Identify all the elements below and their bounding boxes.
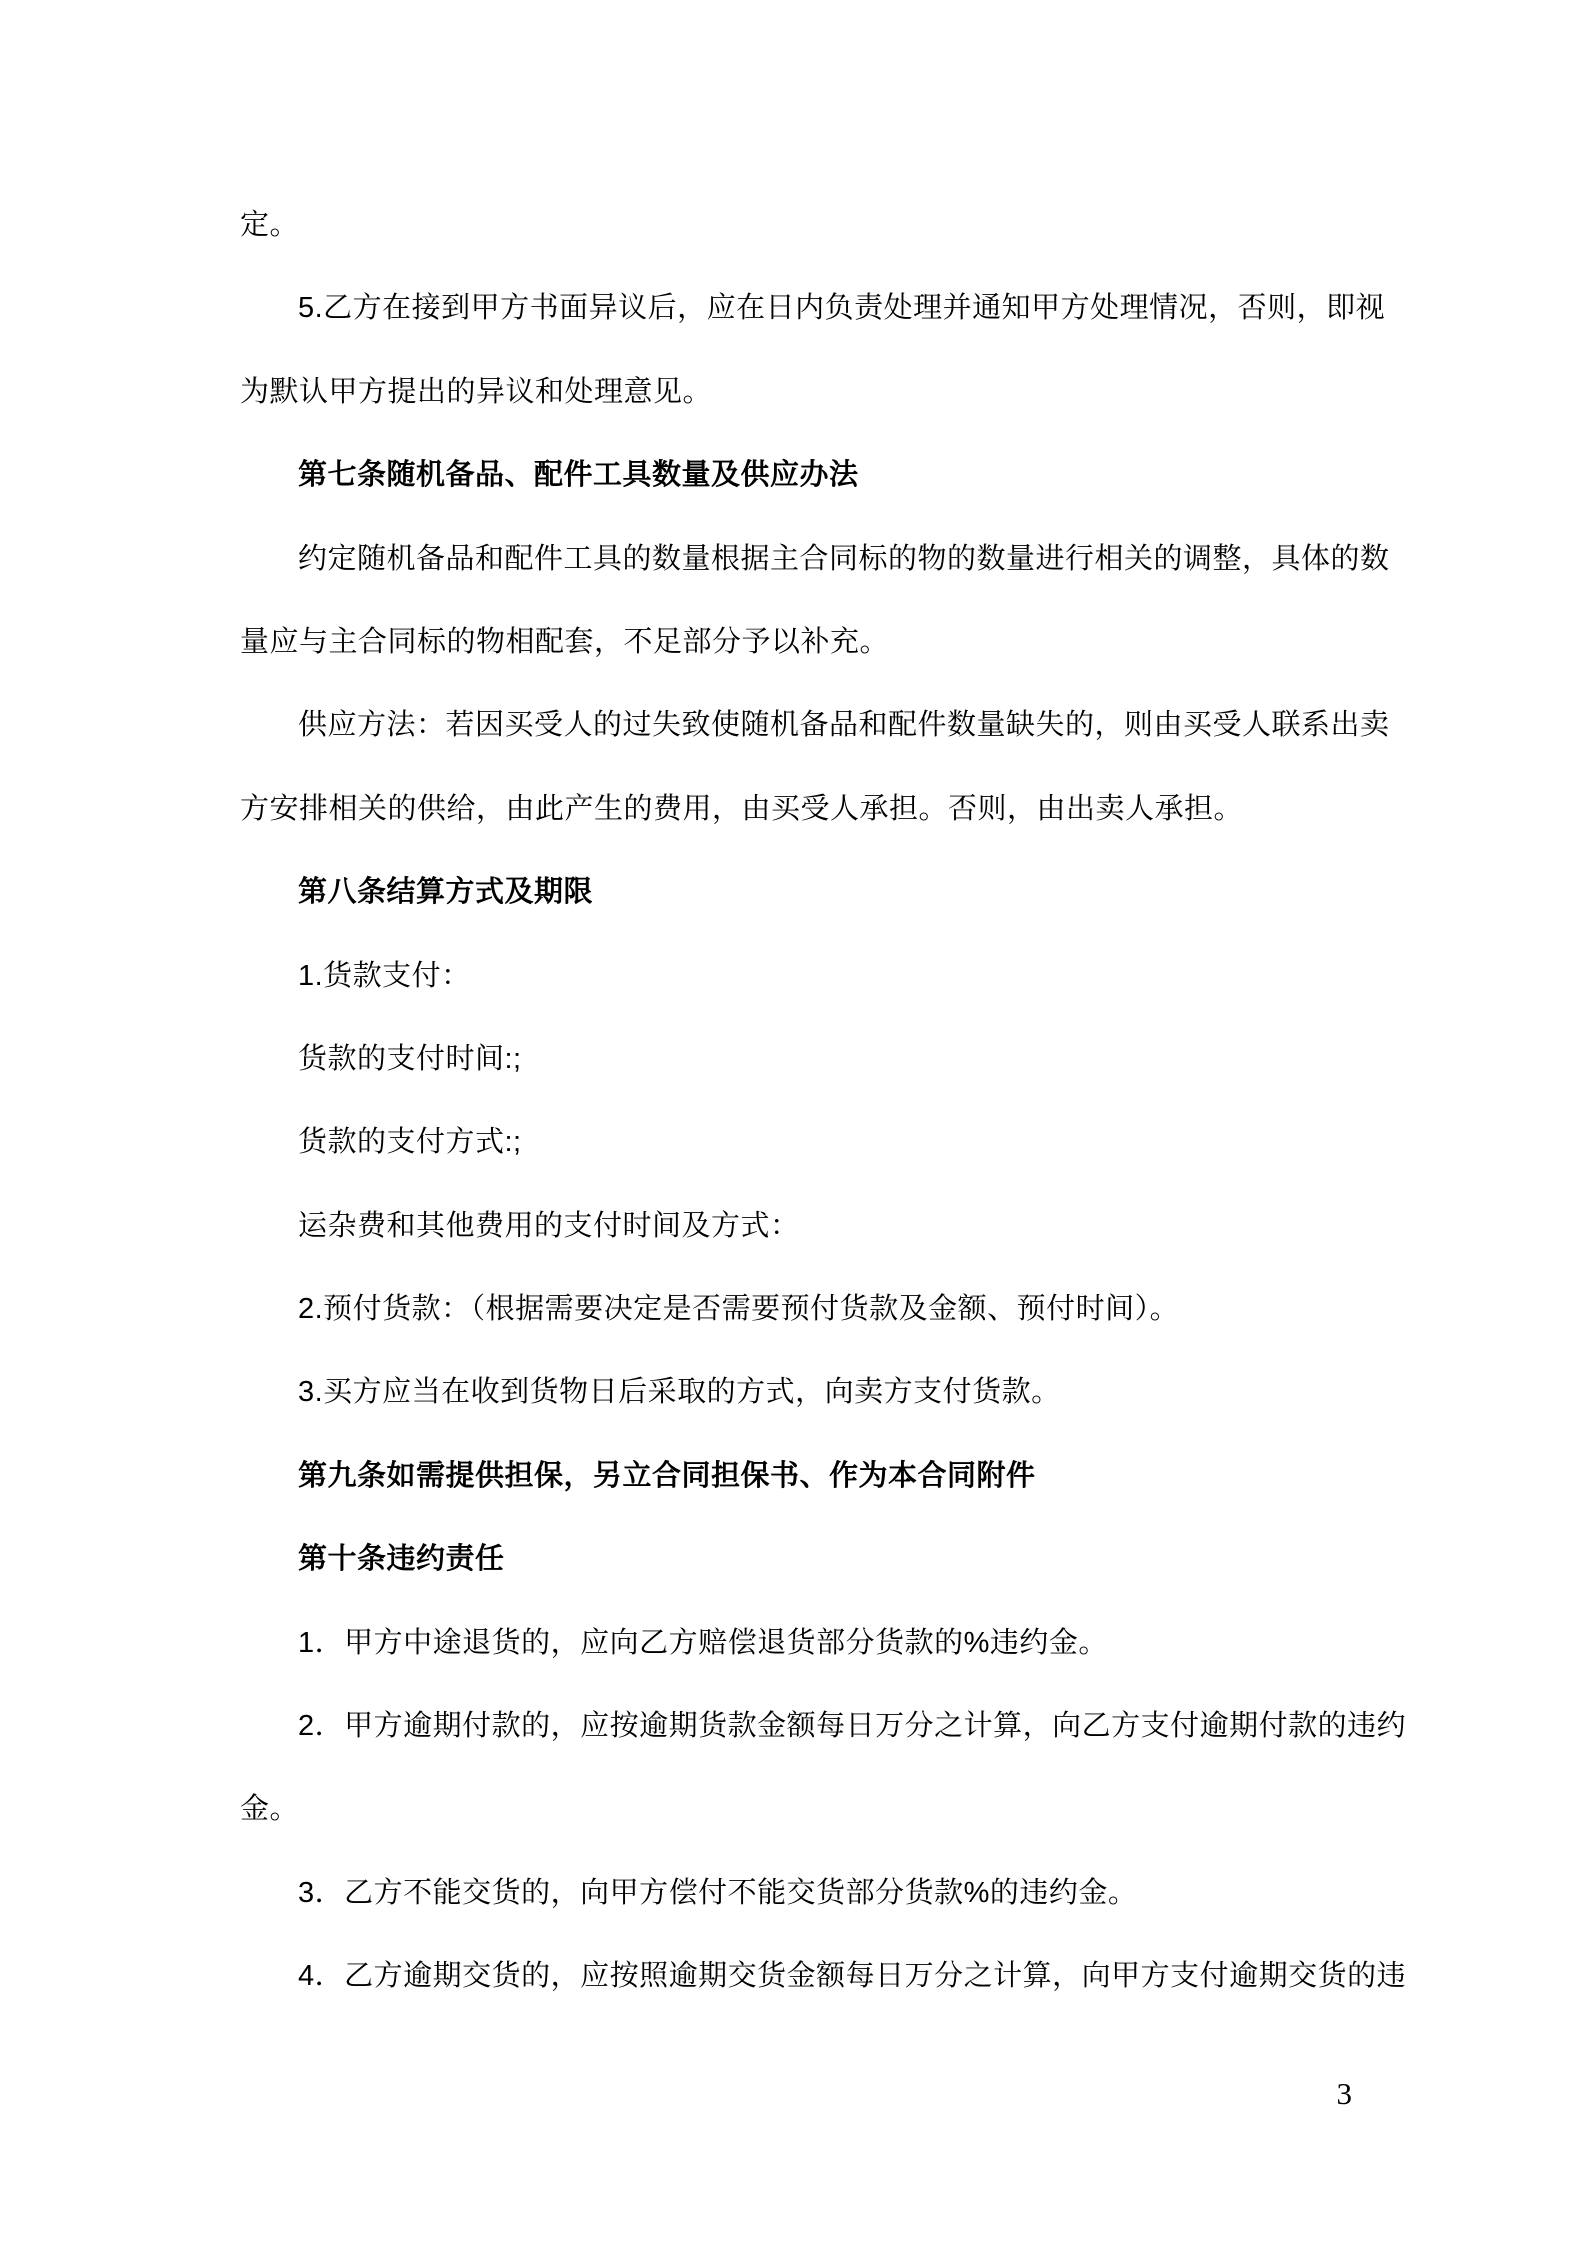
contract-line-text: 第十条违约责任 [298,1543,505,1575]
contract-line: 金。 [240,1790,1346,1873]
contract-line: 方安排相关的供给，由此产生的费用，由买受人承担。否则，由出卖人承担。 [240,790,1346,873]
contract-line: 货款的支付时间:; [240,1040,1346,1123]
contract-line-text: 定。 [240,209,299,241]
contract-line-text: 3．乙方不能交货的，向甲方偿付不能交货部分货款%的违约金。 [298,1877,1137,1909]
contract-line: 3．乙方不能交货的，向甲方偿付不能交货部分货款%的违约金。 [240,1874,1346,1957]
contract-line: 货款的支付方式:; [240,1123,1346,1206]
contract-line: 1．甲方中途退货的，应向乙方赔偿退货部分货款的%违约金。 [240,1624,1346,1707]
contract-line: 第八条结算方式及期限 [240,873,1346,956]
contract-line-text: 3.买方应当在收到货物日后采取的方式，向卖方支付货款。 [298,1376,1061,1408]
contract-line-text: 第八条结算方式及期限 [298,876,593,908]
contract-line: 5.乙方在接到甲方书面异议后，应在日内负责处理并通知甲方处理情况，否则，即视 [240,289,1346,372]
contract-line-text: 5.乙方在接到甲方书面异议后，应在日内负责处理并通知甲方处理情况，否则，即视 [298,292,1385,324]
contract-line: 2．甲方逾期付款的，应按逾期货款金额每日万分之计算，向乙方支付逾期付款的违约 [240,1707,1346,1790]
contract-line-text: 货款的支付方式:; [298,1126,522,1158]
contract-line-text: 运杂费和其他费用的支付时间及方式： [298,1210,800,1242]
contract-line-text: 1.货款支付： [298,960,471,992]
contract-line: 1.货款支付： [240,957,1346,1040]
contract-line: 第七条随机备品、配件工具数量及供应办法 [240,456,1346,539]
contract-line: 为默认甲方提出的异议和处理意见。 [240,373,1346,456]
contract-line: 约定随机备品和配件工具的数量根据主合同标的物的数量进行相关的调整，具体的数 [240,540,1346,623]
contract-line-text: 1．甲方中途退货的，应向乙方赔偿退货部分货款的%违约金。 [298,1627,1108,1659]
contract-line: 供应方法：若因买受人的过失致使随机备品和配件数量缺失的，则由买受人联系出卖 [240,706,1346,789]
contract-line-text: 货款的支付时间:; [298,1043,522,1075]
contract-line: 第十条违约责任 [240,1540,1346,1623]
contract-line: 量应与主合同标的物相配套，不足部分予以补充。 [240,623,1346,706]
contract-line: 3.买方应当在收到货物日后采取的方式，向卖方支付货款。 [240,1373,1346,1456]
contract-line-text: 2．甲方逾期付款的，应按逾期货款金额每日万分之计算，向乙方支付逾期付款的违约 [298,1710,1406,1742]
page-number: 3 [240,2076,1352,2112]
contract-line-text: 4．乙方逾期交货的，应按照逾期交货金额每日万分之计算，向甲方支付逾期交货的违 [298,1960,1406,1992]
contract-line-text: 方安排相关的供给，由此产生的费用，由买受人承担。否则，由出卖人承担。 [240,793,1243,825]
contract-line: 4．乙方逾期交货的，应按照逾期交货金额每日万分之计算，向甲方支付逾期交货的违 [240,1957,1346,2040]
document-page: 定。 5.乙方在接到甲方书面异议后，应在日内负责处理并通知甲方处理情况，否则，即… [0,0,1586,2244]
contract-line-text: 为默认甲方提出的异议和处理意见。 [240,376,712,408]
contract-line-text: 金。 [240,1793,299,1825]
contract-line-text: 2.预付货款：（根据需要决定是否需要预付货款及金额、预付时间）。 [298,1293,1179,1325]
contract-line: 第九条如需提供担保，另立合同担保书、作为本合同附件 [240,1457,1346,1540]
contract-line-text: 第九条如需提供担保，另立合同担保书、作为本合同附件 [298,1460,1036,1492]
contract-line: 运杂费和其他费用的支付时间及方式： [240,1207,1346,1290]
contract-line: 2.预付货款：（根据需要决定是否需要预付货款及金额、预付时间）。 [240,1290,1346,1373]
contract-line-text: 供应方法：若因买受人的过失致使随机备品和配件数量缺失的，则由买受人联系出卖 [298,709,1390,741]
contract-line-text: 约定随机备品和配件工具的数量根据主合同标的物的数量进行相关的调整，具体的数 [298,543,1390,575]
contract-line-text: 第七条随机备品、配件工具数量及供应办法 [298,459,859,491]
contract-body: 定。 5.乙方在接到甲方书面异议后，应在日内负责处理并通知甲方处理情况，否则，即… [240,206,1346,2041]
contract-line: 定。 [240,206,1346,289]
contract-line-text: 量应与主合同标的物相配套，不足部分予以补充。 [240,626,889,658]
